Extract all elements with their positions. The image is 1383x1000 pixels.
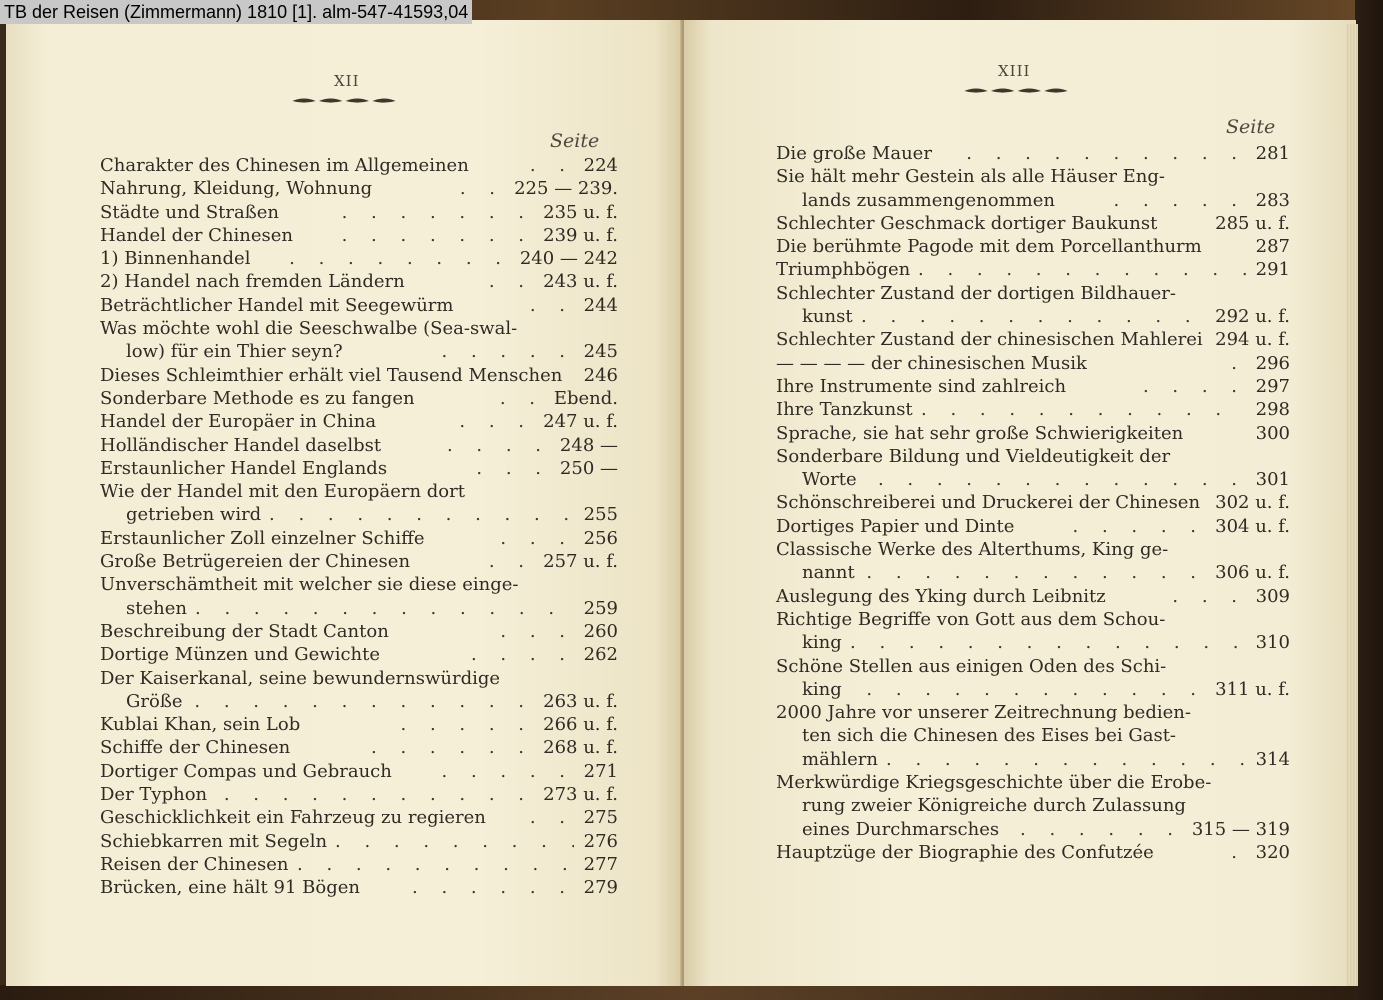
toc-page-number: 309 — [1256, 585, 1290, 608]
toc-page-number: 285 u. f. — [1215, 212, 1290, 235]
toc-leader-dots: . . — [380, 177, 504, 200]
toc-leader-dots: . . . . . . . . . . . . . — [865, 468, 1246, 491]
toc-entry: nannt. . . . . . . . . . . .306 u. f. — [776, 561, 1290, 584]
toc-entry: Handel der Europäer in China. . .247 u. … — [100, 410, 618, 433]
toc-entry-title: low) für ein Thier seyn? — [126, 340, 343, 363]
toc-entry: king. . . . . . . . . . . . . .310 — [776, 631, 1290, 654]
toc-page-number: 275 — [584, 806, 618, 829]
toc-entry-title: Städte und Straßen — [100, 201, 279, 224]
toc-entry-title: Holländischer Handel daselbst — [100, 434, 381, 457]
toc-leader-dots: . . — [413, 270, 533, 293]
toc-entry-title: Schönschreiberei und Druckerei der Chine… — [776, 491, 1200, 514]
toc-entry-title: Schiffe der Chinesen — [100, 736, 290, 759]
toc-page-number: 271 — [584, 760, 618, 783]
toc-entry-title: Brücken, eine hält 91 Bögen — [100, 876, 360, 899]
toc-entry: — — — — der chinesischen Musik.296 — [776, 352, 1290, 375]
toc-entry: rung zweier Königreiche durch Zulassung — [776, 794, 1290, 817]
toc-entry-title: Triumphbögen — [776, 258, 910, 281]
toc-entry-title: Kublai Khan, sein Lob — [100, 713, 300, 736]
toc-entry-title: Der Kaiserkanal, seine bewundernswürdige — [100, 667, 500, 690]
toc-entry-title: kunst — [802, 305, 853, 328]
toc-page-number: 225 — 239. — [514, 177, 618, 200]
toc-entry-title: 2000 Jahre vor unserer Zeitrechnung bedi… — [776, 701, 1191, 724]
toc-entry: Richtige Begriffe von Gott aus dem Schou… — [776, 608, 1290, 631]
toc-entry: Schiffe der Chinesen. . . . . .268 u. f. — [100, 736, 618, 759]
toc-page-number: 245 — [584, 340, 618, 363]
toc-page-number: 255 — [584, 503, 618, 526]
toc-leader-dots: . . . . — [389, 434, 550, 457]
toc-entry-title: lands zusammengenommen — [802, 189, 1055, 212]
toc-page-number: 292 u. f. — [1215, 305, 1290, 328]
toc-entry: Schöne Stellen aus einigen Oden des Schi… — [776, 655, 1290, 678]
toc-entry: Ihre Instrumente sind zahlreich. . . .29… — [776, 375, 1290, 398]
toc-entry-title: Sprache, sie hat sehr große Schwierigkei… — [776, 422, 1183, 445]
toc-entry: Schönschreiberei und Druckerei der Chine… — [776, 491, 1290, 514]
toc-entry: Der Typhon. . . . . . . . . . .273 u. f. — [100, 783, 618, 806]
toc-leader-dots: . . . — [384, 410, 533, 433]
image-caption: TB der Reisen (Zimmermann) 1810 [1]. alm… — [0, 0, 472, 24]
toc-entry: Sonderbare Bildung und Vieldeutigkeit de… — [776, 445, 1290, 468]
toc-entry: Dortige Münzen und Gewichte. . . .262 — [100, 643, 618, 666]
toc-entry: Erstaunlicher Handel Englands. . .250 — — [100, 457, 618, 480]
toc-entry: Handel der Chinesen. . . . . . .239 u. f… — [100, 224, 618, 247]
toc-page-number: 266 u. f. — [543, 713, 618, 736]
toc-entry-title: Die große Mauer — [776, 142, 932, 165]
toc-entry-title: Größe — [126, 690, 183, 713]
toc-entry-title: Sonderbare Bildung und Vieldeutigkeit de… — [776, 445, 1170, 468]
toc-entry-title: Handel der Chinesen — [100, 224, 293, 247]
toc-entry-title: nannt — [802, 561, 855, 584]
toc-leader-dots: . . . — [433, 527, 574, 550]
toc-entry: Schiebkarren mit Segeln. . . . . . . . .… — [100, 830, 618, 853]
toc-page-number: 302 u. f. — [1215, 491, 1290, 514]
toc-entry: Was möchte wohl die Seeschwalbe (Sea-swa… — [100, 317, 618, 340]
toc-page-number: 224 — [584, 154, 618, 177]
toc-page-number: 298 — [1256, 398, 1290, 421]
toc-leader-dots: . . . . . — [308, 713, 533, 736]
toc-page-number: 276 — [584, 830, 618, 853]
toc-entry: lands zusammengenommen. . . . .283 — [776, 189, 1290, 212]
column-header-seite: Seite — [550, 130, 599, 152]
toc-entry-title: king — [802, 678, 842, 701]
toc-entry-title: Reisen der Chinesen — [100, 853, 289, 876]
toc-entry-title: Schlechter Geschmack dortiger Baukunst — [776, 212, 1157, 235]
toc-entry-title: Dieses Schleimthier erhält viel Tausend … — [100, 364, 562, 387]
toc-entry-title: Dortige Münzen und Gewichte — [100, 643, 380, 666]
toc-entry: Brücken, eine hält 91 Bögen. . . . . .27… — [100, 876, 618, 899]
toc-page-number: 297 — [1256, 375, 1290, 398]
toc-leader-dots: . . . . . . — [1007, 818, 1182, 841]
toc-leader-dots: . . . . . — [1063, 189, 1246, 212]
toc-entry: Beschreibung der Stadt Canton. . .260 — [100, 620, 618, 643]
toc-entry: Hauptzüge der Biographie des Confutzée.3… — [776, 841, 1290, 864]
toc-leader-dots: . . . . . . . . . . — [940, 142, 1246, 165]
toc-entry: Städte und Straßen. . . . . . .235 u. f. — [100, 201, 618, 224]
toc-page-number: 300 — [1256, 422, 1290, 445]
toc-entry: Kublai Khan, sein Lob. . . . .266 u. f. — [100, 713, 618, 736]
toc-page-number: 246 — [584, 364, 618, 387]
toc-entry: Geschicklichkeit ein Fahrzeug zu regiere… — [100, 806, 618, 829]
toc-leader-dots: . . . . . . . . . . . . . — [861, 305, 1205, 328]
toc-entry-title: Auslegung des Yking durch Leibnitz — [776, 585, 1106, 608]
toc-entry-title: Schiebkarren mit Segeln — [100, 830, 327, 853]
toc-entry: Triumphbögen. . . . . . . . . . . .291 — [776, 258, 1290, 281]
toc-page-number: 311 u. f. — [1215, 678, 1290, 701]
toc-page-number: 260 — [584, 620, 618, 643]
toc-entry: Größe. . . . . . . . . . . .263 u. f. — [100, 690, 618, 713]
toc-entry: stehen. . . . . . . . . . . . . .259 — [100, 597, 618, 620]
toc-entry-title: Dortiger Compas und Gebrauch — [100, 760, 392, 783]
toc-page-number: 263 u. f. — [543, 690, 618, 713]
toc-entry: 2000 Jahre vor unserer Zeitrechnung bedi… — [776, 701, 1290, 724]
toc-leader-dots: . . . . . — [351, 340, 574, 363]
toc-page-number: 304 u. f. — [1215, 515, 1290, 538]
toc-entry-title: Was möchte wohl die Seeschwalbe (Sea-swa… — [100, 317, 517, 340]
toc-entry-title: Merkwürdige Kriegsgeschichte über die Er… — [776, 771, 1211, 794]
toc-page-number: 240 — 242 — [520, 247, 618, 270]
toc-leader-dots: . . . . . . . . . . . . . . — [850, 631, 1246, 654]
toc-entry-title: Große Betrügereien der Chinesen — [100, 550, 410, 573]
toc-leader-dots: . . . . . . . . . . . . — [191, 690, 533, 713]
toc-page-number: 279 — [584, 876, 618, 899]
toc-entry-title: Beschreibung der Stadt Canton — [100, 620, 389, 643]
toc-entry: Die berühmte Pagode mit dem Porcellanthu… — [776, 235, 1290, 258]
toc-entry-title: Handel der Europäer in China — [100, 410, 376, 433]
toc-entry-title: Richtige Begriffe von Gott aus dem Schou… — [776, 608, 1165, 631]
toc-entry: Dieses Schleimthier erhält viel Tausend … — [100, 364, 618, 387]
toc-entry: Charakter des Chinesen im Allgemeinen. .… — [100, 154, 618, 177]
toc-entry-title: king — [802, 631, 842, 654]
page-number-right: XIII — [998, 62, 1030, 80]
toc-entry: Auslegung des Yking durch Leibnitz. . .3… — [776, 585, 1290, 608]
toc-leader-dots: . . — [418, 550, 533, 573]
left-page: XII Seite Charakter des Chinesen im Allg… — [6, 20, 682, 986]
toc-page-number: 283 — [1256, 189, 1290, 212]
toc-entry: Schlechter Zustand der chinesischen Mahl… — [776, 328, 1290, 351]
toc-entry-title: Charakter des Chinesen im Allgemeinen — [100, 154, 469, 177]
toc-entry-title: ten sich die Chinesen des Eises bei Gast… — [802, 724, 1176, 747]
toc-entry: Schlechter Geschmack dortiger Baukunst28… — [776, 212, 1290, 235]
toc-page-number: 273 u. f. — [543, 783, 618, 806]
toc-entry: Der Kaiserkanal, seine bewundernswürdige — [100, 667, 618, 690]
toc-leader-dots: . . . . . . . . . . . — [269, 503, 574, 526]
toc-page-number: 244 — [584, 294, 618, 317]
toc-leader-dots: . . . . . . . . . . . . — [863, 561, 1205, 584]
toc-leader-dots: . . . . . . . . . . . — [215, 783, 533, 806]
toc-leader-dots: . . . . . . . — [301, 224, 533, 247]
toc-entry-title: getrieben wird — [126, 503, 261, 526]
ornament-divider-icon — [952, 86, 1080, 96]
toc-page-number: 259 — [584, 597, 618, 620]
toc-page-number: 281 — [1256, 142, 1290, 165]
toc-entry-title: eines Durchmarsches — [802, 818, 999, 841]
toc-leader-dots: . . . . . . . . . . . . . — [886, 748, 1246, 771]
toc-entry: Große Betrügereien der Chinesen. .257 u.… — [100, 550, 618, 573]
toc-entry: Erstaunlicher Zoll einzelner Schiffe. . … — [100, 527, 618, 550]
toc-entry-title: Sie hält mehr Gestein als alle Häuser En… — [776, 165, 1165, 188]
toc-leader-dots: . . . . . . . . . . . . — [850, 678, 1205, 701]
toc-entry: Worte. . . . . . . . . . . . .301 — [776, 468, 1290, 491]
toc-leader-dots: . . — [461, 294, 574, 317]
toc-page-number: 235 u. f. — [543, 201, 618, 224]
toc-entry-title: stehen — [126, 597, 187, 620]
right-page: XIII Seite Die große Mauer. . . . . . . … — [684, 20, 1356, 986]
toc-entry: kunst. . . . . . . . . . . . .292 u. f. — [776, 305, 1290, 328]
toc-entry: Ihre Tanzkunst. . . . . . . . . . . .298 — [776, 398, 1290, 421]
toc-leader-dots: . . — [423, 387, 544, 410]
toc-page-number: 320 — [1256, 841, 1290, 864]
toc-entry: Nahrung, Kleidung, Wohnung. .225 — 239. — [100, 177, 618, 200]
toc-page-number: 306 u. f. — [1215, 561, 1290, 584]
toc-page-number: 239 u. f. — [543, 224, 618, 247]
toc-leader-dots: . . — [477, 154, 574, 177]
toc-entry: eines Durchmarsches. . . . . .315 — 319 — [776, 818, 1290, 841]
toc-entry: Sie hält mehr Gestein als alle Häuser En… — [776, 165, 1290, 188]
toc-page-number: 315 — 319 — [1192, 818, 1290, 841]
toc-entry-title: Schlechter Zustand der dortigen Bildhaue… — [776, 282, 1176, 305]
column-header-seite: Seite — [1226, 116, 1275, 138]
toc-entry: mählern. . . . . . . . . . . . .314 — [776, 748, 1290, 771]
toc-entry-title: Classische Werke des Alterthums, King ge… — [776, 538, 1168, 561]
toc-leader-dots: . . . . — [1074, 375, 1246, 398]
toc-leader-dots: . . . . — [388, 643, 574, 666]
toc-entry-title: Worte — [802, 468, 857, 491]
toc-leader-dots: . . . . . . . . . . . . . . — [195, 597, 574, 620]
toc-entry-title: Beträchtlicher Handel mit Seegewürm — [100, 294, 453, 317]
toc-entry: getrieben wird. . . . . . . . . . .255 — [100, 503, 618, 526]
toc-leader-dots: . . . . . . . . . . — [297, 853, 574, 876]
table-of-contents-left: Charakter des Chinesen im Allgemeinen. .… — [100, 154, 618, 900]
toc-entry-title: — — — — der chinesischen Musik — [776, 352, 1087, 375]
toc-page-number: 301 — [1256, 468, 1290, 491]
toc-entry-title: Sonderbare Methode es zu fangen — [100, 387, 415, 410]
toc-entry-title: Unverschämtheit mit welcher sie diese ei… — [100, 573, 519, 596]
toc-page-number: 277 — [584, 853, 618, 876]
toc-leader-dots: . — [1095, 352, 1246, 375]
toc-entry-title: Schöne Stellen aus einigen Oden des Schi… — [776, 655, 1166, 678]
toc-entry: Schlechter Zustand der dortigen Bildhaue… — [776, 282, 1290, 305]
toc-page-number: 268 u. f. — [543, 736, 618, 759]
toc-leader-dots: . . . . . . — [368, 876, 574, 899]
toc-entry-title: Die berühmte Pagode mit dem Porcellanthu… — [776, 235, 1202, 258]
toc-entry-title: rung zweier Königreiche durch Zulassung — [802, 794, 1186, 817]
toc-entry: Die große Mauer. . . . . . . . . .281 — [776, 142, 1290, 165]
page-number-left: XII — [334, 72, 360, 90]
table-of-contents-right: Die große Mauer. . . . . . . . . .281Sie… — [776, 142, 1290, 864]
toc-page-number: 262 — [584, 643, 618, 666]
toc-entry-title: Dortiges Papier und Dinte — [776, 515, 1014, 538]
toc-entry-title: Ihre Instrumente sind zahlreich — [776, 375, 1066, 398]
book-cover-right — [1355, 0, 1383, 1000]
toc-leader-dots: . . . . . . . . — [258, 247, 510, 270]
toc-entry: Dortiger Compas und Gebrauch. . . . .271 — [100, 760, 618, 783]
toc-leader-dots: . — [1162, 841, 1246, 864]
toc-entry: ten sich die Chinesen des Eises bei Gast… — [776, 724, 1290, 747]
toc-entry-title: 2) Handel nach fremden Ländern — [100, 270, 405, 293]
toc-page-number: 256 — [584, 527, 618, 550]
toc-leader-dots: . . . . . . . . . — [335, 830, 574, 853]
toc-leader-dots: . . . . . — [400, 760, 574, 783]
toc-page-number: 310 — [1256, 631, 1290, 654]
toc-page-number: 314 — [1256, 748, 1290, 771]
toc-entry-title: Erstaunlicher Handel Englands — [100, 457, 387, 480]
toc-leader-dots: . . . . . . . — [287, 201, 533, 224]
toc-leader-dots: . . — [494, 806, 574, 829]
toc-entry-title: Ihre Tanzkunst — [776, 398, 913, 421]
toc-entry: Dortiges Papier und Dinte. . . . .304 u.… — [776, 515, 1290, 538]
toc-entry: Reisen der Chinesen. . . . . . . . . .27… — [100, 853, 618, 876]
toc-page-number: 291 — [1256, 258, 1290, 281]
toc-entry: Unverschämtheit mit welcher sie diese ei… — [100, 573, 618, 596]
toc-page-number: 296 — [1256, 352, 1290, 375]
toc-entry-title: Nahrung, Kleidung, Wohnung — [100, 177, 372, 200]
toc-entry-title: Schlechter Zustand der chinesischen Mahl… — [776, 328, 1203, 351]
toc-leader-dots: . . . . . — [1022, 515, 1205, 538]
toc-entry: Wie der Handel mit den Europäern dort — [100, 480, 618, 503]
toc-entry: Classische Werke des Alterthums, King ge… — [776, 538, 1290, 561]
toc-leader-dots: . . . . . . — [298, 736, 533, 759]
toc-entry: Holländischer Handel daselbst. . . .248 … — [100, 434, 618, 457]
toc-entry-title: 1) Binnenhandel — [100, 247, 250, 270]
book-cover-bottom — [0, 985, 1383, 1000]
toc-page-number: 243 u. f. — [543, 270, 618, 293]
toc-page-number: 294 u. f. — [1215, 328, 1290, 351]
toc-entry: Merkwürdige Kriegsgeschichte über die Er… — [776, 771, 1290, 794]
page-edges — [1346, 24, 1358, 986]
toc-page-number: 248 — — [560, 434, 618, 457]
toc-entry-title: Erstaunlicher Zoll einzelner Schiffe — [100, 527, 425, 550]
toc-page-number: 247 u. f. — [543, 410, 618, 433]
toc-entry: 2) Handel nach fremden Ländern. .243 u. … — [100, 270, 618, 293]
toc-entry: Sonderbare Methode es zu fangen. .Ebend. — [100, 387, 618, 410]
toc-page-number: Ebend. — [554, 387, 618, 410]
toc-entry-title: Geschicklichkeit ein Fahrzeug zu regiere… — [100, 806, 486, 829]
toc-page-number: 250 — — [560, 457, 618, 480]
toc-leader-dots: . . . . . . . . . . . . — [918, 258, 1246, 281]
toc-entry-title: Der Typhon — [100, 783, 207, 806]
toc-leader-dots: . . . . . . . . . . . . — [921, 398, 1246, 421]
ornament-divider-icon — [280, 96, 408, 106]
toc-entry: low) für ein Thier seyn?. . . . .245 — [100, 340, 618, 363]
toc-entry-title: Hauptzüge der Biographie des Confutzée — [776, 841, 1154, 864]
toc-page-number: 287 — [1256, 235, 1290, 258]
toc-leader-dots: . . . — [395, 457, 550, 480]
toc-entry: Sprache, sie hat sehr große Schwierigkei… — [776, 422, 1290, 445]
toc-leader-dots: . . . — [397, 620, 574, 643]
toc-page-number: 257 u. f. — [543, 550, 618, 573]
toc-entry: Beträchtlicher Handel mit Seegewürm. .24… — [100, 294, 618, 317]
toc-entry-title: Wie der Handel mit den Europäern dort — [100, 480, 465, 503]
toc-entry: king. . . . . . . . . . . .311 u. f. — [776, 678, 1290, 701]
toc-entry-title: mählern — [802, 748, 878, 771]
toc-entry: 1) Binnenhandel. . . . . . . .240 — 242 — [100, 247, 618, 270]
toc-leader-dots: . . . — [1114, 585, 1246, 608]
